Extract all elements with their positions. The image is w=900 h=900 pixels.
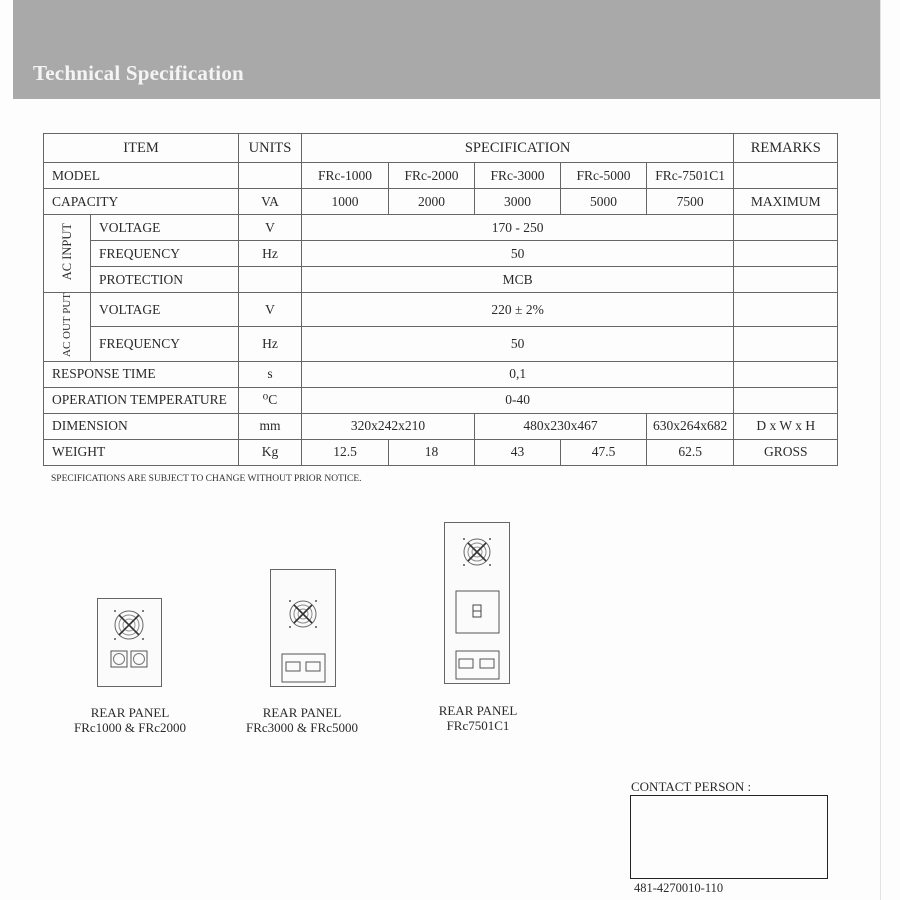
document-code: 481-4270010-110 [634,881,723,896]
spec-value: 220 ± 2% [302,293,734,327]
units-cell: ⁰C [239,387,302,413]
remarks-cell [734,293,838,327]
ac-input-group-label: AC INPUT [44,215,91,293]
header-banner: Technical Specification [13,0,880,99]
weight-cell: 47.5 [561,439,647,465]
spec-value: 50 [302,327,734,362]
units-cell: Hz [239,241,302,267]
table-row-dimension: DIMENSION mm 320x242x210 480x230x467 630… [44,413,838,439]
fan-icon [463,538,491,566]
table-row-input-protection: PROTECTION MCB [44,267,838,293]
rear-panel-1-drawing [98,599,161,686]
row-label: MODEL [44,163,239,189]
remarks-cell [734,163,838,189]
table-row-response-time: RESPONSE TIME s 0,1 [44,361,838,387]
remarks-cell [734,215,838,241]
spec-table: ITEM UNITS SPECIFICATION REMARKS MODEL F… [43,133,838,466]
contact-person-label: CONTACT PERSON : [631,779,751,795]
model-cell: FRc-3000 [475,163,561,189]
remarks-cell [734,327,838,362]
spec-value: 0-40 [302,387,734,413]
notice-text: SPECIFICATIONS ARE SUBJECT TO CHANGE WIT… [51,474,362,484]
table-row-operation-temperature: OPERATION TEMPERATURE ⁰C 0-40 [44,387,838,413]
rear-panel-caption-3: REAR PANEL FRc7501C1 [408,703,548,733]
capacity-cell: 1000 [302,189,389,215]
model-cell: FRc-7501C1 [647,163,734,189]
remarks-cell [734,387,838,413]
row-label: VOLTAGE [91,293,239,327]
units-cell: s [239,361,302,387]
row-label: WEIGHT [44,439,239,465]
table-row-weight: WEIGHT Kg 12.5 18 43 47.5 62.5 GROSS [44,439,838,465]
ac-output-group-label: AC OUT PUT [44,293,91,362]
units-cell: Hz [239,327,302,362]
row-label: VOLTAGE [91,215,239,241]
row-label: FREQUENCY [91,327,239,362]
socket-icon [111,651,147,667]
rear-panel-illustration-2 [270,569,336,687]
spec-value: 0,1 [302,361,734,387]
breaker-icon [456,591,499,633]
weight-cell: 12.5 [302,439,389,465]
header-row: ITEM UNITS SPECIFICATION REMARKS [44,134,838,163]
units-header: UNITS [239,134,302,163]
remarks-cell: GROSS [734,439,838,465]
remarks-cell: MAXIMUM [734,189,838,215]
units-cell [239,267,302,293]
capacity-cell: 5000 [561,189,647,215]
dimension-cell: 320x242x210 [302,413,475,439]
units-cell: VA [239,189,302,215]
dimension-cell: 480x230x467 [475,413,647,439]
weight-cell: 62.5 [647,439,734,465]
item-header: ITEM [44,134,239,163]
units-cell: V [239,293,302,327]
row-label: DIMENSION [44,413,239,439]
row-label: FREQUENCY [91,241,239,267]
table-row-input-voltage: AC INPUT VOLTAGE V 170 - 250 [44,215,838,241]
model-cell: FRc-5000 [561,163,647,189]
fan-icon [289,600,317,628]
table-row-model: MODEL FRc-1000 FRc-2000 FRc-3000 FRc-500… [44,163,838,189]
row-label: OPERATION TEMPERATURE [44,387,239,413]
remarks-cell: D x W x H [734,413,838,439]
contact-person-box [630,795,828,879]
rear-panel-2-drawing [271,570,335,686]
capacity-cell: 3000 [475,189,561,215]
weight-cell: 43 [475,439,561,465]
row-label: PROTECTION [91,267,239,293]
rear-panel-illustration-3 [444,522,510,684]
rear-panel-caption-1: REAR PANEL FRc1000 & FRc2000 [60,705,200,735]
terminal-block-icon [456,651,499,679]
row-label: CAPACITY [44,189,239,215]
fan-icon [114,610,144,640]
weight-cell: 18 [389,439,475,465]
rear-panel-3-drawing [445,523,509,683]
remarks-header: REMARKS [734,134,838,163]
capacity-cell: 2000 [389,189,475,215]
units-cell: mm [239,413,302,439]
units-cell: V [239,215,302,241]
specification-header: SPECIFICATION [302,134,734,163]
table-row-output-voltage: AC OUT PUT VOLTAGE V 220 ± 2% [44,293,838,327]
spec-value: 50 [302,241,734,267]
rear-panel-caption-2: REAR PANEL FRc3000 & FRc5000 [232,705,372,735]
model-cell: FRc-2000 [389,163,475,189]
table-row-capacity: CAPACITY VA 1000 2000 3000 5000 7500 MAX… [44,189,838,215]
table-row-input-frequency: FREQUENCY Hz 50 [44,241,838,267]
rear-panel-illustration-1 [97,598,162,687]
dimension-cell: 630x264x682 [647,413,734,439]
spec-value: MCB [302,267,734,293]
units-cell [239,163,302,189]
spec-value: 170 - 250 [302,215,734,241]
remarks-cell [734,241,838,267]
terminal-block-icon [282,654,325,682]
row-label: RESPONSE TIME [44,361,239,387]
page-edge [880,0,881,900]
table-row-output-frequency: FREQUENCY Hz 50 [44,327,838,362]
model-cell: FRc-1000 [302,163,389,189]
units-cell: Kg [239,439,302,465]
page-title: Technical Specification [33,61,244,86]
remarks-cell [734,267,838,293]
remarks-cell [734,361,838,387]
capacity-cell: 7500 [647,189,734,215]
